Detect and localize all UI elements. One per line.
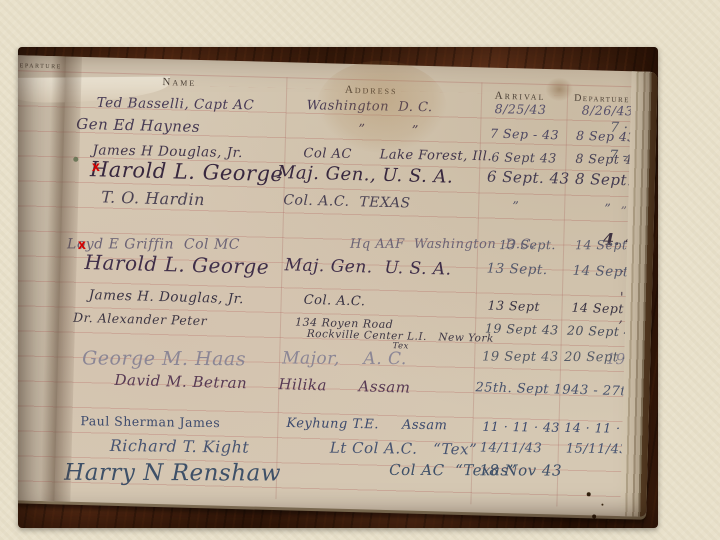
departure-cell: 8/26/43: [582, 103, 634, 119]
name-cell: Gen Ed Haynes: [76, 115, 200, 136]
departure-cell: 14 Sept.: [575, 237, 632, 252]
address-cell: Lt Col A.C. “Tex”: [330, 439, 478, 459]
address-cell: Major, A. C.: [282, 348, 407, 369]
arrival-cell: 13 Sept.: [499, 237, 556, 252]
address-cell: ” ”: [358, 122, 419, 139]
arrival-cell: 25th. Sept 1943 - 27th.: [475, 380, 640, 399]
arrival-cell: ”: [512, 198, 519, 213]
right-page: Name Address Arrival Departure Ted Basse…: [54, 56, 631, 516]
address-column-header: Address: [345, 84, 398, 97]
arrival-cell: 7 Sep - 43: [490, 126, 559, 143]
arrival-cell: 19 Sept 43: [485, 321, 559, 338]
address-cell: Col AC Lake Forest, Ill.: [303, 146, 492, 164]
open-register-book: Departure 7 · 43 7 - 43 ” ” 4. 43 . 43 '…: [18, 55, 658, 517]
departure-cell: ”: [604, 201, 611, 216]
arrival-cell: 6 Sept. 43: [487, 168, 570, 188]
left-page-departure-header: Departure: [18, 59, 62, 70]
address-cell: Keyhung T.E. Assam: [286, 416, 447, 433]
arrival-cell: 13 Sept: [487, 298, 540, 314]
table-row: David M. Betran Hilika Assam 25th. Sept …: [57, 369, 623, 408]
departure-cell: 14 Sept: [571, 300, 624, 316]
name-cell: Harold L. George: [90, 157, 284, 186]
name-cell: T. O. Hardin: [101, 187, 205, 209]
table-row: George M. Haas Major, A. C. 19 Sept 43 2…: [58, 347, 624, 374]
name-cell: Harry N Renshaw: [64, 460, 281, 487]
arrival-cell: 18 Nov 43: [479, 461, 562, 479]
table-row: Harry N Renshaw Col AC “Texas” 18 Nov 43: [55, 460, 621, 486]
arrival-cell: 8/25/43: [495, 101, 547, 117]
name-cell: Harold L. George: [84, 250, 269, 279]
departure-cell: 8 Sept.: [575, 170, 633, 189]
address-cell: Hilika Assam: [278, 375, 410, 396]
name-cell: Paul Sherman James: [80, 413, 220, 430]
red-x-annotation-mark: x: [78, 237, 86, 251]
name-cell: George M. Haas: [82, 347, 246, 370]
name-cell: Dr. Alexander Peter: [73, 310, 207, 329]
arrival-cell: 19 Sept 43: [482, 350, 559, 365]
arrival-cell: 11 · 11 · 43: [482, 419, 560, 435]
name-cell: David M. Betran: [114, 371, 247, 392]
slide-background: Departure 7 · 43 7 - 43 ” ” 4. 43 . 43 '…: [0, 0, 720, 540]
name-cell: James H. Douglas, Jr.: [89, 287, 245, 307]
address-cell: Col. A.C.: [303, 293, 365, 310]
address-cell: Washington D. C.: [307, 98, 433, 115]
arrival-cell: 14/11/43: [480, 440, 543, 456]
ink-specks: [587, 492, 591, 496]
arrival-cell: 13 Sept.: [486, 261, 547, 279]
name-cell: Richard T. Kight: [110, 436, 250, 457]
address-cell: Col. A.C. TEXAS: [283, 192, 411, 211]
address-cell: Maj. Gen. U. S. A.: [284, 255, 451, 279]
departure-cell: 15/11/43: [566, 442, 629, 458]
address-cell: Maj. Gen., U. S. A.: [277, 162, 454, 188]
red-x-annotation-mark: x: [92, 159, 100, 173]
name-column-header: Name: [162, 76, 196, 89]
name-cell: Ted Basselli, Capt AC: [97, 95, 255, 113]
register-photo: Departure 7 · 43 7 - 43 ” ” 4. 43 . 43 '…: [18, 47, 658, 528]
departure-cell: 8 Sep 43: [576, 128, 636, 145]
departure-cell: 14 Sept.: [572, 263, 633, 281]
arrival-cell: 6 Sept 43: [491, 149, 557, 165]
